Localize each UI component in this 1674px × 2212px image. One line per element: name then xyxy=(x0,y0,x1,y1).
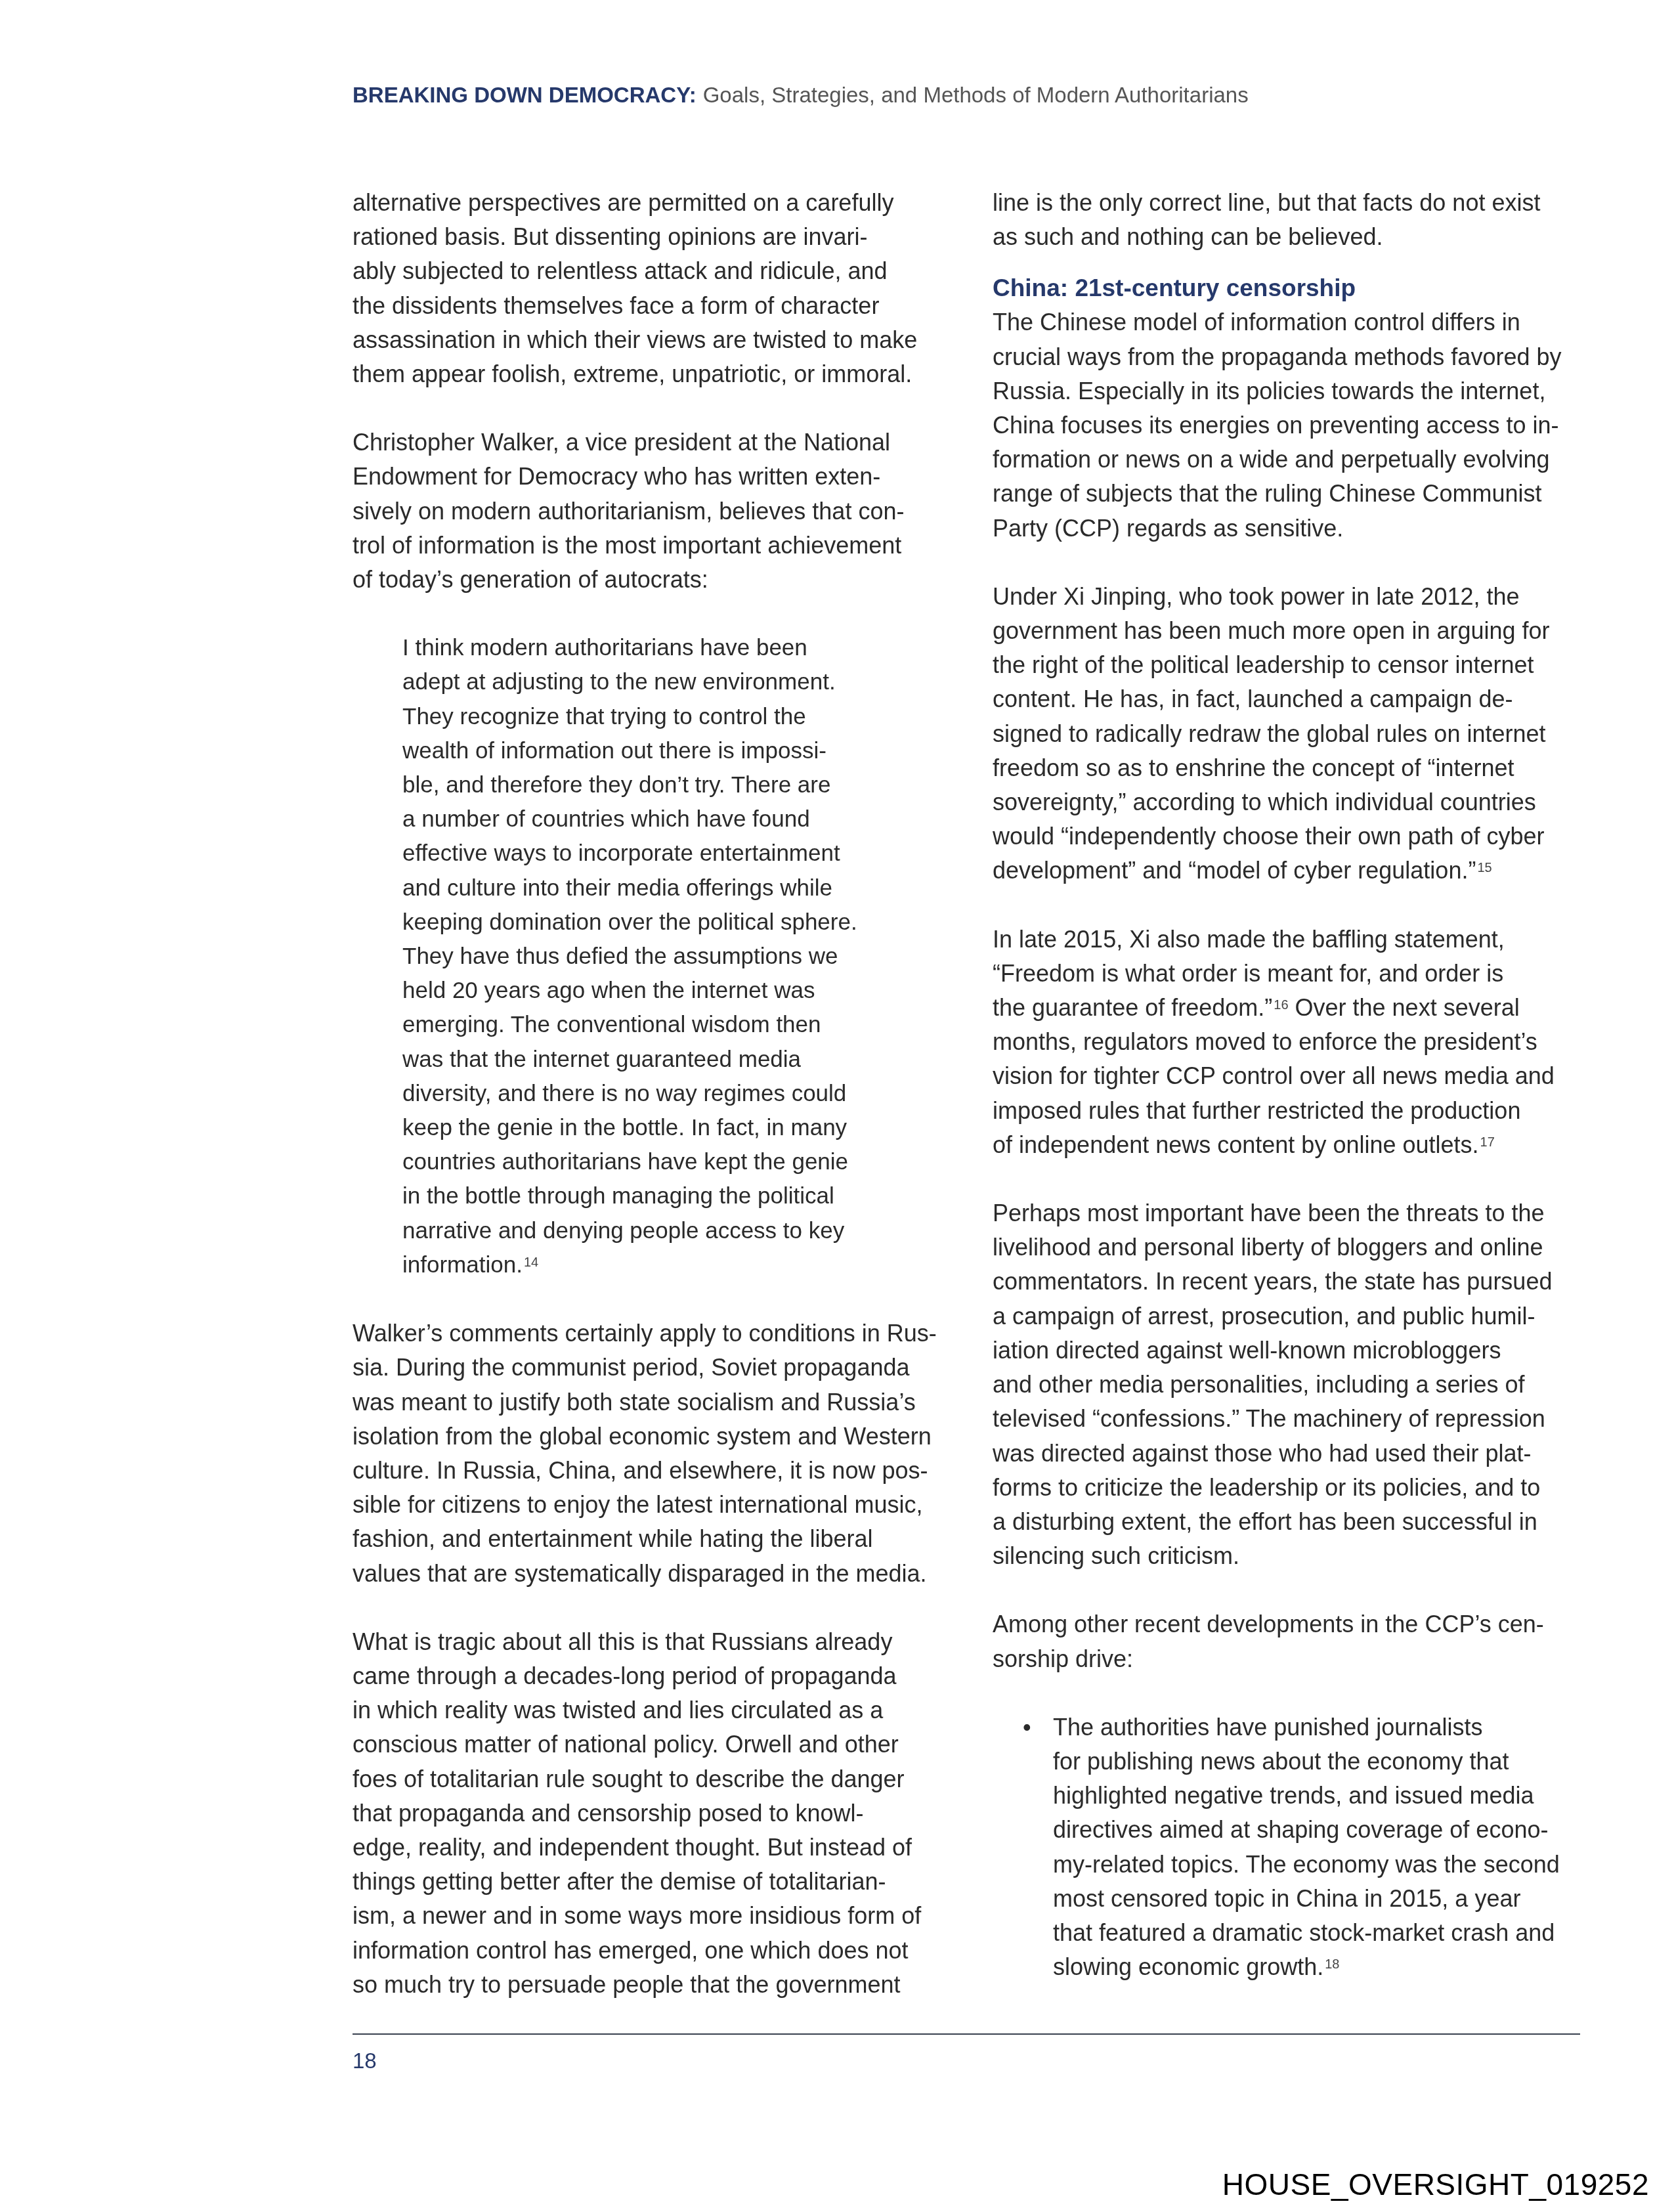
text-line: as such and nothing can be believed. xyxy=(993,220,1590,254)
quote-line: a number of countries which have found xyxy=(402,802,943,836)
text-line: Perhaps most important have been the thr… xyxy=(993,1196,1590,1230)
text-line: The authorities have punished journalist… xyxy=(1053,1710,1590,1745)
quote-line: was that the internet guaranteed media xyxy=(402,1043,943,1077)
quote-line: information.14 xyxy=(402,1248,943,1282)
text-line: silencing such criticism. xyxy=(993,1539,1590,1573)
paragraph-continuation: line is the only correct line, but that … xyxy=(993,186,1590,254)
text-line: things getting better after the demise o… xyxy=(353,1865,943,1899)
text-line: line is the only correct line, but that … xyxy=(993,186,1590,220)
text-line: content. He has, in fact, launched a cam… xyxy=(993,682,1590,716)
text-line: crucial ways from the propaganda methods… xyxy=(993,340,1590,374)
text-line: ably subjected to relentless attack and … xyxy=(353,254,943,288)
text-line: my-related topics. The economy was the s… xyxy=(1053,1848,1590,1882)
text-line: was directed against those who had used … xyxy=(993,1437,1590,1471)
text-line: fashion, and entertainment while hating … xyxy=(353,1522,943,1556)
line-text: slowing economic growth. xyxy=(1053,1953,1323,1980)
paragraph-tragic: What is tragic about all this is that Ru… xyxy=(353,1625,943,2002)
running-header: BREAKING DOWN DEMOCRACY:Goals, Strategie… xyxy=(353,83,1249,108)
text-line: most censored topic in China in 2015, a … xyxy=(1053,1882,1590,1916)
text-line: of today’s generation of autocrats: xyxy=(353,563,943,597)
footnote-ref-14[interactable]: 14 xyxy=(524,1255,538,1270)
text-line: Among other recent developments in the C… xyxy=(993,1607,1590,1641)
text-line: came through a decades-long period of pr… xyxy=(353,1659,943,1693)
quote-last-text: information. xyxy=(402,1252,523,1278)
text-line: values that are systematically disparage… xyxy=(353,1557,943,1591)
text-line: government has been much more open in ar… xyxy=(993,614,1590,648)
quote-line: diversity, and there is no way regimes c… xyxy=(402,1077,943,1111)
section-heading-china: China: 21st-century censorship xyxy=(993,271,1590,305)
text-line: so much try to persuade people that the … xyxy=(353,1968,943,2002)
text-line: sible for citizens to enjoy the latest i… xyxy=(353,1488,943,1522)
text-line: the dissidents themselves face a form of… xyxy=(353,289,943,323)
bates-stamp: HOUSE_OVERSIGHT_019252 xyxy=(1222,2167,1649,2202)
text-line: for publishing news about the economy th… xyxy=(1053,1745,1590,1779)
text-line: alternative perspectives are permitted o… xyxy=(353,186,943,220)
quote-line: effective ways to incorporate entertainm… xyxy=(402,836,943,871)
quote-line: They recognize that trying to control th… xyxy=(402,700,943,734)
text-line: development” and “model of cyber regulat… xyxy=(993,854,1590,888)
text-line: sovereignty,” according to which individ… xyxy=(993,785,1590,819)
text-line: China focuses its energies on preventing… xyxy=(993,408,1590,443)
text-line: that featured a dramatic stock-market cr… xyxy=(1053,1916,1590,1950)
text-line: forms to criticize the leadership or its… xyxy=(993,1471,1590,1505)
text-line: rationed basis. But dissenting opinions … xyxy=(353,220,943,254)
paragraph-walker-intro: Christopher Walker, a vice president at … xyxy=(353,425,943,597)
text-line: sorship drive: xyxy=(993,1642,1590,1676)
bullet-icon: • xyxy=(1023,1710,1031,1745)
text-line: Russia. Especially in its policies towar… xyxy=(993,374,1590,408)
text-line: formation or news on a wide and perpetua… xyxy=(993,443,1590,477)
text-line: highlighted negative trends, and issued … xyxy=(1053,1779,1590,1813)
text-line: trol of information is the most importan… xyxy=(353,529,943,563)
text-line: Endowment for Democracy who has written … xyxy=(353,460,943,494)
paragraph-walker-comments: Walker’s comments certainly apply to con… xyxy=(353,1316,943,1591)
text-line: the right of the political leadership to… xyxy=(993,648,1590,682)
text-line: a disturbing extent, the effort has been… xyxy=(993,1505,1590,1539)
text-line: conscious matter of national policy. Orw… xyxy=(353,1727,943,1762)
paragraph-xi-jinping: Under Xi Jinping, who took power in late… xyxy=(993,580,1590,888)
text-line: Party (CCP) regards as sensitive. xyxy=(993,511,1590,546)
line-text: Over the next several xyxy=(1289,994,1520,1021)
footnote-ref-15[interactable]: 15 xyxy=(1477,861,1492,875)
quote-line: They have thus defied the assumptions we xyxy=(402,940,943,974)
right-column: line is the only correct line, but that … xyxy=(993,186,1590,1984)
text-line: of independent news content by online ou… xyxy=(993,1128,1590,1162)
quote-line: adept at adjusting to the new environmen… xyxy=(402,665,943,699)
text-line: directives aimed at shaping coverage of … xyxy=(1053,1813,1590,1847)
quote-line: countries authoritarians have kept the g… xyxy=(402,1145,943,1179)
text-line: sively on modern authoritarianism, belie… xyxy=(353,494,943,529)
footnote-ref-16[interactable]: 16 xyxy=(1274,998,1288,1012)
text-line: slowing economic growth.18 xyxy=(1053,1950,1590,1984)
paragraph-dissent: alternative perspectives are permitted o… xyxy=(353,186,943,391)
text-line: In late 2015, Xi also made the baffling … xyxy=(993,922,1590,957)
quote-line: I think modern authoritarians have been xyxy=(402,631,943,665)
quote-line: emerging. The conventional wisdom then xyxy=(402,1008,943,1042)
quote-line: in the bottle through managing the polit… xyxy=(402,1179,943,1213)
text-line: them appear foolish, extreme, unpatrioti… xyxy=(353,357,943,391)
footnote-ref-17[interactable]: 17 xyxy=(1480,1135,1495,1150)
text-line: foes of totalitarian rule sought to desc… xyxy=(353,1762,943,1796)
quote-line: wealth of information out there is impos… xyxy=(402,734,943,768)
quote-line: keep the genie in the bottle. In fact, i… xyxy=(402,1111,943,1145)
bullet-list-developments: • The authorities have punished journali… xyxy=(993,1710,1590,1985)
text-line: Christopher Walker, a vice president at … xyxy=(353,425,943,460)
text-line: months, regulators moved to enforce the … xyxy=(993,1025,1590,1059)
text-line: iation directed against well-known micro… xyxy=(993,1334,1590,1368)
text-line: Walker’s comments certainly apply to con… xyxy=(353,1316,943,1351)
text-line: edge, reality, and independent thought. … xyxy=(353,1831,943,1865)
quote-line: and culture into their media offerings w… xyxy=(402,871,943,905)
text-line: that propaganda and censorship posed to … xyxy=(353,1796,943,1831)
text-line: ism, a newer and in some ways more insid… xyxy=(353,1899,943,1933)
text-line: was meant to justify both state socialis… xyxy=(353,1385,943,1420)
left-column: alternative perspectives are permitted o… xyxy=(353,186,943,2036)
quote-line: keeping domination over the political sp… xyxy=(402,905,943,940)
text-line: range of subjects that the ruling Chines… xyxy=(993,477,1590,511)
footer-divider xyxy=(353,2033,1580,2035)
text-line: information control has emerged, one whi… xyxy=(353,1934,943,1968)
text-line: and other media personalities, including… xyxy=(993,1368,1590,1402)
quote-line: narrative and denying people access to k… xyxy=(402,1214,943,1248)
paragraph-recent-developments: Among other recent developments in the C… xyxy=(993,1607,1590,1676)
quote-line: held 20 years ago when the internet was xyxy=(402,974,943,1008)
block-quote-walker: I think modern authoritarians have been … xyxy=(402,631,943,1282)
text-line: What is tragic about all this is that Ru… xyxy=(353,1625,943,1659)
text-line: isolation from the global economic syste… xyxy=(353,1420,943,1454)
list-item: • The authorities have punished journali… xyxy=(1053,1710,1590,1985)
text-line: signed to radically redraw the global ru… xyxy=(993,717,1590,751)
text-line: televised “confessions.” The machinery o… xyxy=(993,1402,1590,1436)
paragraph-bloggers: Perhaps most important have been the thr… xyxy=(993,1196,1590,1573)
text-line: livelihood and personal liberty of blogg… xyxy=(993,1230,1590,1265)
paragraph-chinese-model: The Chinese model of information control… xyxy=(993,305,1590,545)
quote-line: ble, and therefore they don’t try. There… xyxy=(402,768,943,802)
text-line: Under Xi Jinping, who took power in late… xyxy=(993,580,1590,614)
text-line: commentators. In recent years, the state… xyxy=(993,1265,1590,1299)
text-line: imposed rules that further restricted th… xyxy=(993,1094,1590,1128)
line-text: of independent news content by online ou… xyxy=(993,1131,1479,1158)
page-number: 18 xyxy=(353,2049,377,2073)
text-line: assassination in which their views are t… xyxy=(353,323,943,357)
text-line: freedom so as to enshrine the concept of… xyxy=(993,751,1590,785)
text-line: culture. In Russia, China, and elsewhere… xyxy=(353,1454,943,1488)
text-line: sia. During the communist period, Soviet… xyxy=(353,1351,943,1385)
text-line: the guarantee of freedom.”16 Over the ne… xyxy=(993,991,1590,1025)
text-line: in which reality was twisted and lies ci… xyxy=(353,1693,943,1727)
text-line: “Freedom is what order is meant for, and… xyxy=(993,957,1590,991)
text-line: would “independently choose their own pa… xyxy=(993,819,1590,854)
line-text: the guarantee of freedom.” xyxy=(993,994,1272,1021)
report-subtitle: Goals, Strategies, and Methods of Modern… xyxy=(703,83,1249,107)
text-line: a campaign of arrest, prosecution, and p… xyxy=(993,1299,1590,1334)
line-text: development” and “model of cyber regulat… xyxy=(993,857,1476,884)
paragraph-late-2015: In late 2015, Xi also made the baffling … xyxy=(993,922,1590,1162)
report-series-title: BREAKING DOWN DEMOCRACY: xyxy=(353,83,697,107)
text-line: vision for tighter CCP control over all … xyxy=(993,1059,1590,1093)
footnote-ref-18[interactable]: 18 xyxy=(1325,1957,1339,1972)
text-line: The Chinese model of information control… xyxy=(993,305,1590,339)
